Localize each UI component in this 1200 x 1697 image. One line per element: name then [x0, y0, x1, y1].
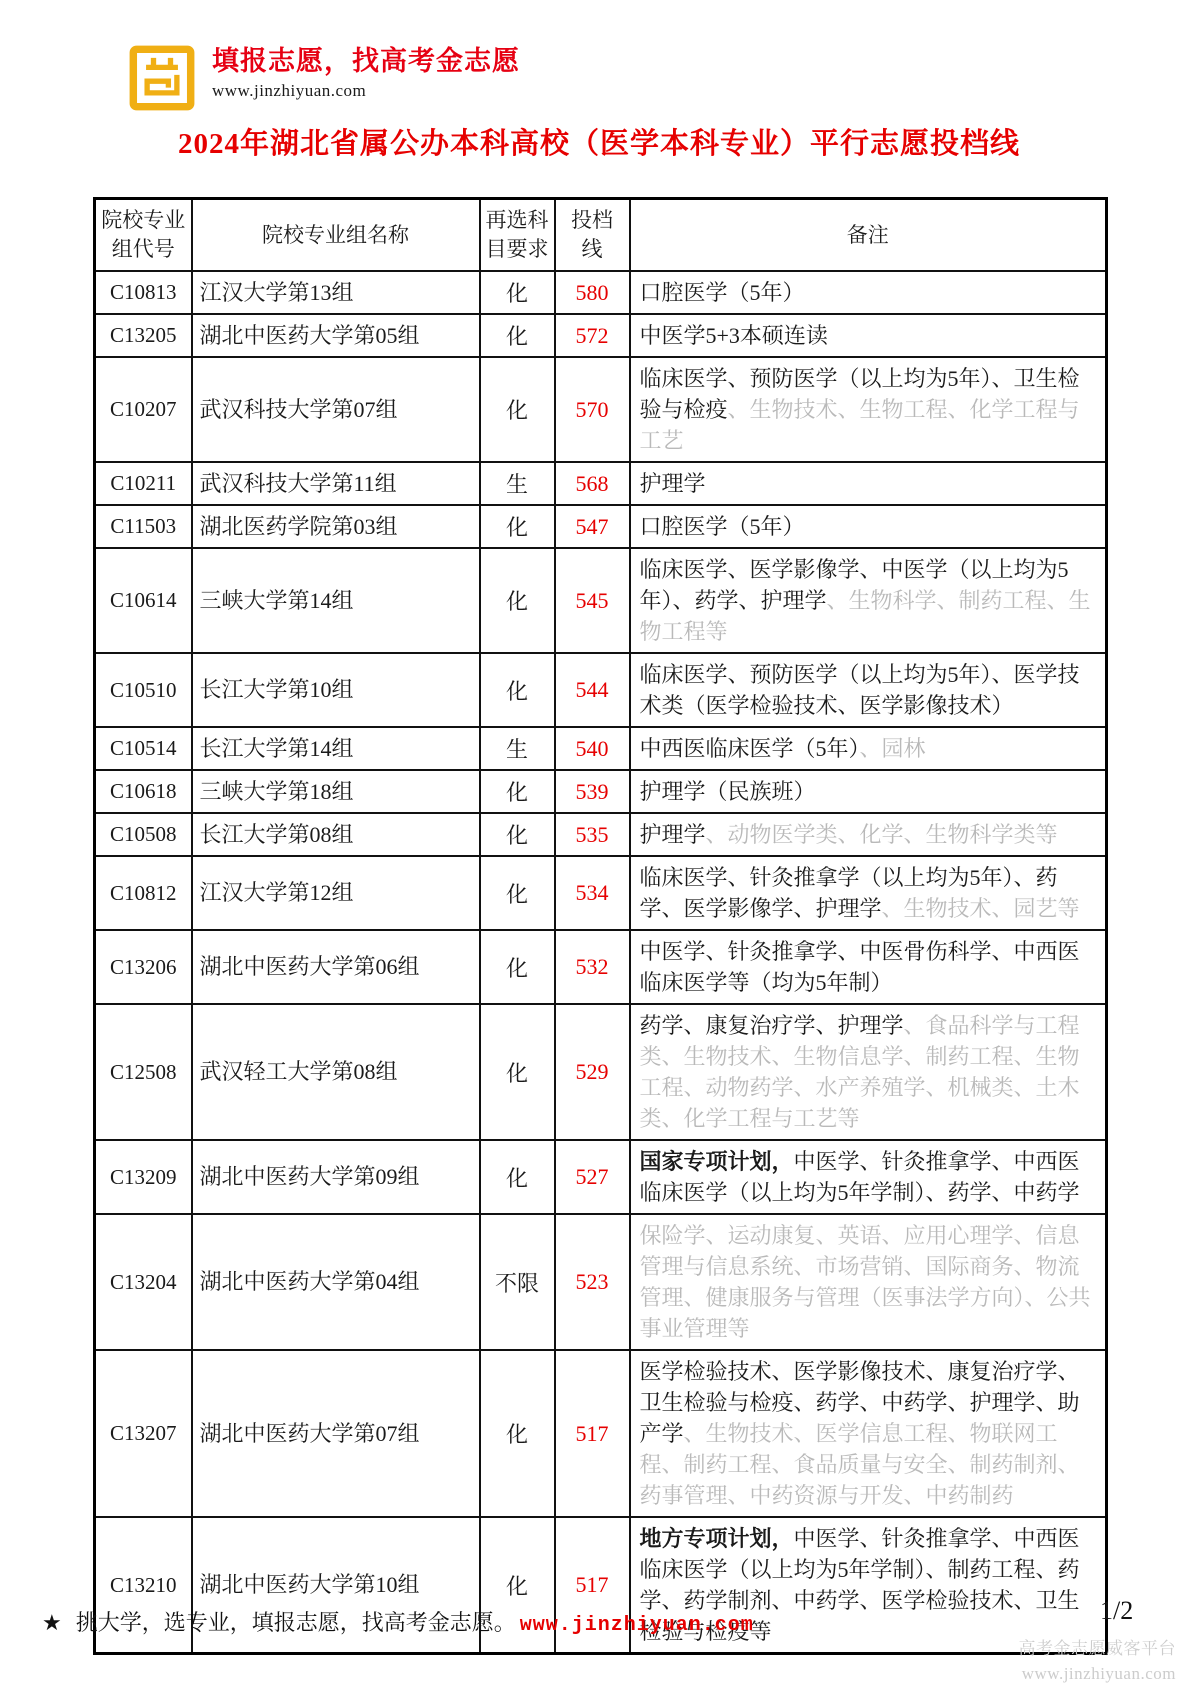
remark-segment: 药学、康复治疗学、护理学 [640, 1013, 904, 1038]
cell-subject-requirement: 化 [480, 505, 555, 548]
cell-score-line: 580 [555, 271, 630, 314]
remark-segment: 口腔医学（5年） [640, 514, 805, 539]
footer-website-link[interactable]: www.jinzhiyuan.com [520, 1614, 754, 1637]
cell-subject-requirement: 化 [480, 548, 555, 653]
table-row: C10618三峡大学第18组化539护理学（民族班） [95, 770, 1107, 813]
table-body: C10813江汉大学第13组化580口腔医学（5年）C13205湖北中医药大学第… [95, 271, 1107, 1654]
cell-group-name: 湖北医药学院第03组 [192, 505, 480, 548]
cell-subject-requirement: 化 [480, 653, 555, 727]
cell-subject-requirement: 化 [480, 1350, 555, 1517]
page-title: 2024年湖北省属公办本科高校（医学本科专业）平行志愿投档线 [93, 126, 1105, 162]
cell-group-code: C10812 [95, 856, 192, 930]
remark-segment: 护理学 [640, 822, 706, 847]
admission-table: 院校专业 组代号 院校专业组名称 再选科 目要求 投档 线 备注 C10813江… [93, 197, 1108, 1655]
cell-group-name: 湖北中医药大学第04组 [192, 1214, 480, 1350]
cell-group-code: C10211 [95, 462, 192, 505]
cell-remark: 中医学5+3本硕连读 [630, 314, 1107, 357]
cell-group-name: 江汉大学第12组 [192, 856, 480, 930]
cell-score-line: 572 [555, 314, 630, 357]
cell-subject-requirement: 不限 [480, 1214, 555, 1350]
table-row: C11503湖北医药学院第03组化547口腔医学（5年） [95, 505, 1107, 548]
cell-group-code: C10813 [95, 271, 192, 314]
remark-segment: 、生物技术、园艺等 [882, 896, 1080, 921]
cell-group-name: 湖北中医药大学第07组 [192, 1350, 480, 1517]
cell-remark: 口腔医学（5年） [630, 271, 1107, 314]
cell-score-line: 540 [555, 727, 630, 770]
table-row: C13205湖北中医药大学第05组化572中医学5+3本硕连读 [95, 314, 1107, 357]
remark-segment: 、生物技术、医学信息工程、物联网工程、制药工程、食品质量与安全、制药制剂、药事管… [640, 1421, 1080, 1508]
cell-remark: 临床医学、针灸推拿学（以上均为5年）、药学、医学影像学、护理学、生物技术、园艺等 [630, 856, 1107, 930]
col-header-remark: 备注 [630, 199, 1107, 272]
cell-group-name: 武汉科技大学第11组 [192, 462, 480, 505]
table-header: 院校专业 组代号 院校专业组名称 再选科 目要求 投档 线 备注 [95, 199, 1107, 272]
footer: ★挑大学，选专业，填报志愿，找高考金志愿。www.jinzhiyuan.com [42, 1608, 754, 1641]
brand-website: www.jinzhiyuan.com [212, 81, 520, 101]
cell-group-code: C10614 [95, 548, 192, 653]
star-icon: ★ [42, 1610, 62, 1635]
cell-score-line: 527 [555, 1140, 630, 1214]
cell-score-line: 570 [555, 357, 630, 462]
remark-segment: 国家专项计划， [640, 1149, 794, 1174]
remark-segment: 、动物医学类、化学、生物科学类等 [706, 822, 1058, 847]
table-row: C10207武汉科技大学第07组化570临床医学、预防医学（以上均为5年）、卫生… [95, 357, 1107, 462]
cell-score-line: 523 [555, 1214, 630, 1350]
remark-segment: 临床医学、预防医学（以上均为5年）、医学技术类（医学检验技术、医学影像技术） [640, 662, 1080, 718]
watermark-platform: 高考金志愿威客平台 [1019, 1636, 1177, 1661]
cell-group-code: C13206 [95, 930, 192, 1004]
cell-subject-requirement: 化 [480, 930, 555, 1004]
table-row: C13204湖北中医药大学第04组不限523保险学、运动康复、英语、应用心理学、… [95, 1214, 1107, 1350]
cell-group-code: C10207 [95, 357, 192, 462]
cell-subject-requirement: 化 [480, 770, 555, 813]
cell-group-code: C10508 [95, 813, 192, 856]
cell-group-name: 湖北中医药大学第05组 [192, 314, 480, 357]
table-row: C10614三峡大学第14组化545临床医学、医学影像学、中医学（以上均为5年）… [95, 548, 1107, 653]
cell-remark: 口腔医学（5年） [630, 505, 1107, 548]
header-row: 院校专业 组代号 院校专业组名称 再选科 目要求 投档 线 备注 [95, 199, 1107, 272]
table-row: C10812江汉大学第12组化534临床医学、针灸推拿学（以上均为5年）、药学、… [95, 856, 1107, 930]
cell-score-line: 544 [555, 653, 630, 727]
cell-remark: 药学、康复治疗学、护理学、食品科学与工程类、生物技术、生物信息学、制药工程、生物… [630, 1004, 1107, 1140]
cell-remark: 国家专项计划，中医学、针灸推拿学、中西医临床医学（以上均为5年学制）、药学、中药… [630, 1140, 1107, 1214]
cell-subject-requirement: 化 [480, 1004, 555, 1140]
cell-group-name: 武汉科技大学第07组 [192, 357, 480, 462]
col-header-subject-requirement: 再选科 目要求 [480, 199, 555, 272]
remark-segment: 口腔医学（5年） [640, 280, 805, 305]
remark-segment: 中医学、针灸推拿学、中医骨伤科学、中西医临床医学等（均为5年制） [640, 939, 1080, 995]
cell-group-name: 长江大学第08组 [192, 813, 480, 856]
remark-segment: 地方专项计划， [640, 1526, 794, 1551]
table-row: C13209湖北中医药大学第09组化527国家专项计划，中医学、针灸推拿学、中西… [95, 1140, 1107, 1214]
cell-group-name: 长江大学第14组 [192, 727, 480, 770]
page: 填报志愿，找高考金志愿 www.jinzhiyuan.com 2024年湖北省属… [0, 0, 1200, 1697]
cell-score-line: 545 [555, 548, 630, 653]
col-header-score-line: 投档 线 [555, 199, 630, 272]
cell-group-code: C13207 [95, 1350, 192, 1517]
cell-remark: 中西医临床医学（5年）、园林 [630, 727, 1107, 770]
brand-slogan: 填报志愿，找高考金志愿 [212, 46, 520, 76]
cell-subject-requirement: 生 [480, 727, 555, 770]
cell-group-code: C11503 [95, 505, 192, 548]
cell-score-line: 517 [555, 1350, 630, 1517]
table-row: C10211武汉科技大学第11组生568护理学 [95, 462, 1107, 505]
brand-text: 填报志愿，找高考金志愿 www.jinzhiyuan.com [212, 44, 520, 101]
cell-group-code: C13209 [95, 1140, 192, 1214]
cell-subject-requirement: 化 [480, 1140, 555, 1214]
cell-score-line: 547 [555, 505, 630, 548]
cell-remark: 中医学、针灸推拿学、中医骨伤科学、中西医临床医学等（均为5年制） [630, 930, 1107, 1004]
cell-group-code: C10514 [95, 727, 192, 770]
cell-subject-requirement: 化 [480, 357, 555, 462]
cell-group-name: 武汉轻工大学第08组 [192, 1004, 480, 1140]
table-row: C10510长江大学第10组化544临床医学、预防医学（以上均为5年）、医学技术… [95, 653, 1107, 727]
cell-remark: 临床医学、预防医学（以上均为5年）、医学技术类（医学检验技术、医学影像技术） [630, 653, 1107, 727]
table-row: C12508武汉轻工大学第08组化529药学、康复治疗学、护理学、食品科学与工程… [95, 1004, 1107, 1140]
cell-group-code: C12508 [95, 1004, 192, 1140]
watermark-website: www.jinzhiyuan.com [1019, 1661, 1177, 1686]
cell-remark: 护理学、动物医学类、化学、生物科学类等 [630, 813, 1107, 856]
table-row: C13207湖北中医药大学第07组化517医学检验技术、医学影像技术、康复治疗学… [95, 1350, 1107, 1517]
remark-segment: 保险学、运动康复、英语、应用心理学、信息管理与信息系统、市场营销、国际商务、物流… [640, 1223, 1091, 1341]
table-row: C10508长江大学第08组化535护理学、动物医学类、化学、生物科学类等 [95, 813, 1107, 856]
cell-group-code: C10510 [95, 653, 192, 727]
cell-group-name: 三峡大学第18组 [192, 770, 480, 813]
cell-remark: 临床医学、预防医学（以上均为5年）、卫生检验与检疫、生物技术、生物工程、化学工程… [630, 357, 1107, 462]
col-header-group-code: 院校专业 组代号 [95, 199, 192, 272]
cell-score-line: 568 [555, 462, 630, 505]
page-number: 1/2 [1100, 1596, 1133, 1626]
cell-group-code: C13205 [95, 314, 192, 357]
cell-group-name: 江汉大学第13组 [192, 271, 480, 314]
cell-group-name: 湖北中医药大学第09组 [192, 1140, 480, 1214]
table-row: C10514长江大学第14组生540中西医临床医学（5年）、园林 [95, 727, 1107, 770]
cell-group-code: C13204 [95, 1214, 192, 1350]
cell-group-name: 三峡大学第14组 [192, 548, 480, 653]
cell-remark: 医学检验技术、医学影像技术、康复治疗学、卫生检验与检疫、药学、中药学、护理学、助… [630, 1350, 1107, 1517]
cell-score-line: 535 [555, 813, 630, 856]
cell-group-code: C10618 [95, 770, 192, 813]
table-row: C10813江汉大学第13组化580口腔医学（5年） [95, 271, 1107, 314]
table-row: C13206湖北中医药大学第06组化532中医学、针灸推拿学、中医骨伤科学、中西… [95, 930, 1107, 1004]
watermark: 高考金志愿威客平台 www.jinzhiyuan.com [1019, 1636, 1177, 1686]
cell-score-line: 534 [555, 856, 630, 930]
remark-segment: 护理学 [640, 471, 706, 496]
jinzhiyuan-logo-icon [128, 44, 196, 112]
cell-remark: 护理学 [630, 462, 1107, 505]
cell-score-line: 529 [555, 1004, 630, 1140]
cell-subject-requirement: 生 [480, 462, 555, 505]
col-header-group-name: 院校专业组名称 [192, 199, 480, 272]
cell-remark: 临床医学、医学影像学、中医学（以上均为5年）、药学、护理学、生物科学、制药工程、… [630, 548, 1107, 653]
remark-segment: 、园林 [860, 736, 926, 761]
cell-subject-requirement: 化 [480, 856, 555, 930]
cell-subject-requirement: 化 [480, 314, 555, 357]
cell-subject-requirement: 化 [480, 271, 555, 314]
cell-score-line: 539 [555, 770, 630, 813]
remark-segment: 中西医临床医学（5年） [640, 736, 860, 761]
remark-segment: 中医学5+3本硕连读 [640, 323, 828, 348]
cell-group-name: 长江大学第10组 [192, 653, 480, 727]
brand-header: 填报志愿，找高考金志愿 www.jinzhiyuan.com [128, 44, 520, 112]
cell-subject-requirement: 化 [480, 813, 555, 856]
remark-segment: 护理学（民族班） [640, 779, 816, 804]
cell-remark: 护理学（民族班） [630, 770, 1107, 813]
cell-score-line: 532 [555, 930, 630, 1004]
cell-group-name: 湖北中医药大学第06组 [192, 930, 480, 1004]
footer-slogan: 挑大学，选专业，填报志愿，找高考金志愿。 [76, 1610, 516, 1635]
cell-remark: 保险学、运动康复、英语、应用心理学、信息管理与信息系统、市场营销、国际商务、物流… [630, 1214, 1107, 1350]
